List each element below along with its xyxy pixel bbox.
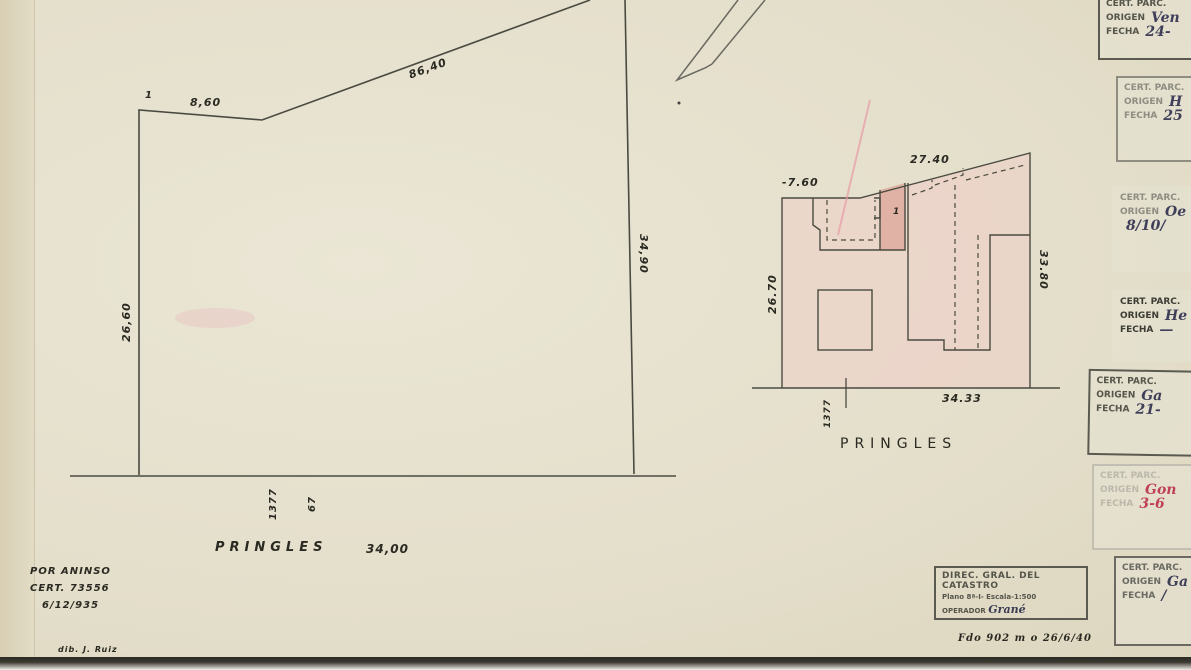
- date-label: FECHA: [1100, 497, 1133, 511]
- cert-stamp-5: CERT. PARC. ORIGENGa FECHA21-: [1087, 369, 1191, 457]
- note-reference-1: POR ANINSO: [30, 566, 111, 577]
- cert-stamp-1: CERT. PARC. ORIGENVen FECHA24-: [1098, 0, 1191, 60]
- right-left-side-measure: 26.70: [766, 274, 779, 314]
- unit-label: 1: [893, 207, 900, 217]
- pink-smudge: [175, 308, 255, 328]
- cert-label: CERT. PARC.: [1124, 81, 1184, 95]
- right-top-diagonal-measure: 27.40: [910, 153, 950, 166]
- left-top-short-measure: 8,60: [190, 96, 221, 109]
- right-right-side-measure: 33.80: [1037, 250, 1050, 290]
- date-value: —: [1159, 323, 1173, 337]
- origin-value: Ven: [1151, 11, 1180, 25]
- catastro-plano-value: 8ª-I- Escala-1:500: [966, 593, 1036, 601]
- date-label: FECHA: [1106, 25, 1139, 39]
- cert-label: CERT. PARC.: [1120, 191, 1180, 205]
- cert-stamp-7: CERT. PARC. ORIGENGa FECHA/: [1114, 556, 1191, 646]
- date-value: 24-: [1145, 25, 1170, 39]
- left-side-measure: 26,60: [120, 302, 133, 342]
- street-label-pringles: PRINGLES: [215, 540, 327, 555]
- date-value: 25: [1163, 109, 1182, 123]
- right-top-left-measure: -7.60: [782, 176, 819, 189]
- right-lot: [752, 100, 1060, 408]
- origin-label: ORIGEN: [1096, 388, 1135, 403]
- date-label: FECHA: [1096, 402, 1130, 417]
- date-value: /: [1161, 589, 1166, 603]
- origin-label: ORIGEN: [1122, 575, 1161, 589]
- note-reference-2: CERT. 73556: [30, 583, 110, 594]
- north-arrow-icon: [677, 0, 765, 80]
- date-label: FECHA: [1120, 323, 1153, 337]
- origin-label: ORIGEN: [1120, 205, 1159, 219]
- lot-number-1377: 1377: [268, 488, 279, 520]
- corner-mark: 1: [145, 90, 153, 101]
- scan-bottom-edge: [0, 657, 1191, 670]
- frontage-measure: 34,00: [366, 542, 409, 556]
- date-value: 8/10/: [1126, 219, 1165, 233]
- right-lot-number: 1377: [823, 399, 833, 428]
- cert-stamp-4: CERT. PARC. ORIGENHe FECHA—: [1112, 290, 1191, 362]
- cert-stamp-3: CERT. PARC. ORIGENOe 8/10/: [1112, 186, 1191, 272]
- date-label: FECHA: [1124, 109, 1157, 123]
- cert-label: CERT. PARC.: [1120, 295, 1180, 309]
- origin-value: Gon: [1145, 483, 1176, 497]
- catastro-plano-label: Plano: [942, 593, 964, 601]
- catastro-stamp: DIREC. GRAL. DEL CATASTRO Plano 8ª-I- Es…: [934, 566, 1088, 620]
- cert-stamp-2: CERT. PARC. ORIGENH FECHA25: [1116, 76, 1191, 162]
- right-frontage-measure: 34.33: [942, 392, 982, 405]
- origin-value: Oe: [1165, 205, 1186, 219]
- date-value: 3-6: [1139, 497, 1164, 511]
- origin-label: ORIGEN: [1120, 309, 1159, 323]
- origin-value: H: [1169, 95, 1182, 109]
- date-value: 21-: [1135, 403, 1161, 417]
- date-label: FECHA: [1122, 589, 1155, 603]
- origin-label: ORIGEN: [1124, 95, 1163, 109]
- catastro-operator-label: OPERADOR: [942, 607, 986, 615]
- catastro-operator-value: Grané: [988, 603, 1025, 616]
- cert-stamp-6: CERT. PARC. ORIGENGon FECHA3-6: [1092, 464, 1191, 550]
- cert-label: CERT. PARC.: [1096, 374, 1157, 389]
- catastro-title: DIREC. GRAL. DEL CATASTRO: [942, 571, 1080, 591]
- origin-value: He: [1165, 309, 1187, 323]
- right-side-measure: 34,90: [637, 234, 650, 274]
- origin-label: ORIGEN: [1106, 11, 1145, 25]
- left-lot-outline: [70, 0, 676, 476]
- cert-label: CERT. PARC.: [1122, 561, 1182, 575]
- draftsman-signature: dib. J. Ruiz: [58, 645, 118, 654]
- origin-value: Ga: [1167, 575, 1188, 589]
- note-reference-3: 6/12/935: [42, 600, 99, 611]
- right-street-label: PRINGLES: [840, 436, 957, 452]
- bottom-right-annotation: Fdo 902 m o 26/6/40: [958, 633, 1092, 644]
- origin-label: ORIGEN: [1100, 483, 1139, 497]
- lot-number-67: 67: [307, 496, 318, 512]
- cert-label: CERT. PARC.: [1100, 469, 1160, 483]
